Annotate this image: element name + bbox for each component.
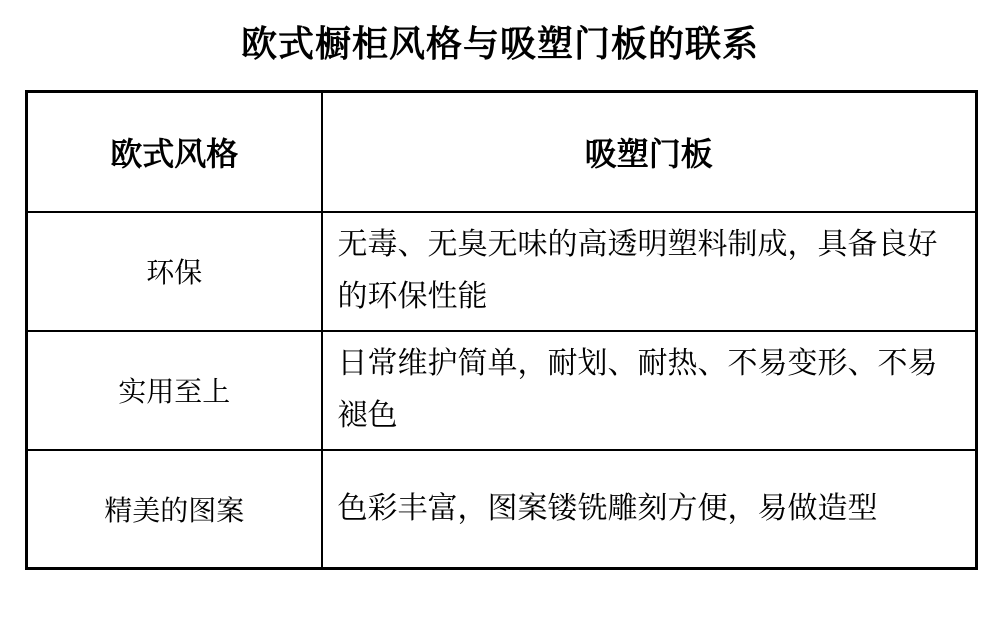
row-description: 色彩丰富，图案镂铣雕刻方便，易做造型: [322, 450, 977, 569]
table-header-row: 欧式风格 吸塑门板: [27, 92, 977, 212]
row-description: 日常维护简单，耐划、耐热、不易变形、不易褪色: [322, 331, 977, 450]
document-page: 欧式橱柜风格与吸塑门板的联系 欧式风格 吸塑门板 环保 无毒、无臭无味的高透明塑…: [0, 0, 1000, 624]
row-description: 无毒、无臭无味的高透明塑料制成，具备良好的环保性能: [322, 212, 977, 331]
cabinet-style-table: 欧式风格 吸塑门板 环保 无毒、无臭无味的高透明塑料制成，具备良好的环保性能 实…: [25, 90, 978, 570]
row-style-label: 精美的图案: [27, 450, 322, 569]
table-row: 环保 无毒、无臭无味的高透明塑料制成，具备良好的环保性能: [27, 212, 977, 331]
table-row: 精美的图案 色彩丰富，图案镂铣雕刻方便，易做造型: [27, 450, 977, 569]
row-style-label: 实用至上: [27, 331, 322, 450]
table-row: 实用至上 日常维护简单，耐划、耐热、不易变形、不易褪色: [27, 331, 977, 450]
row-style-label: 环保: [27, 212, 322, 331]
column-header-door-panel: 吸塑门板: [322, 92, 977, 212]
column-header-style: 欧式风格: [27, 92, 322, 212]
page-title: 欧式橱柜风格与吸塑门板的联系: [0, 16, 1000, 67]
